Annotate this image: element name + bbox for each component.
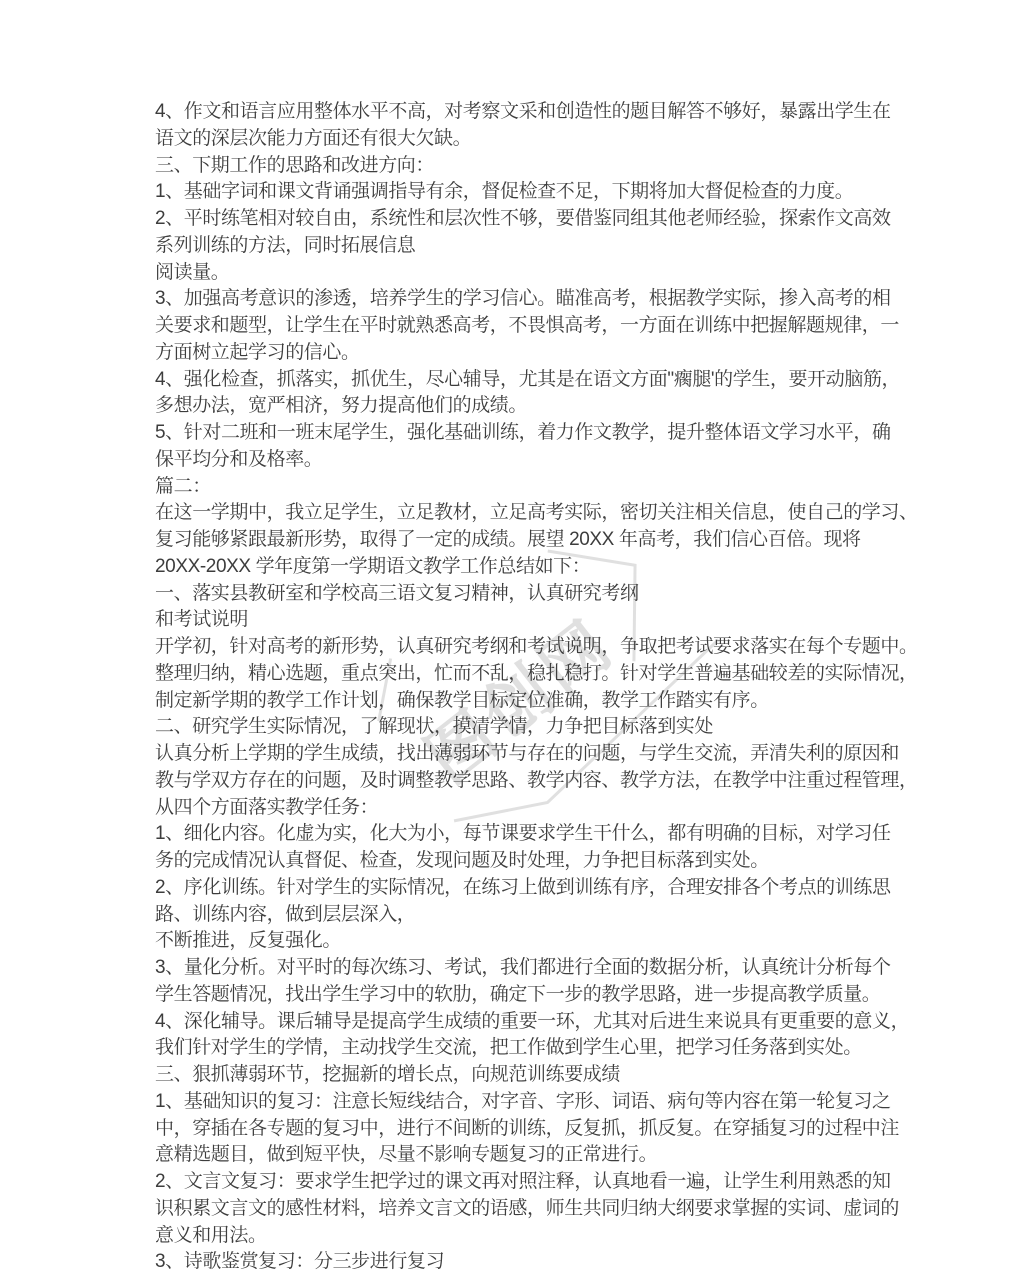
doc-line: 篇二： — [155, 474, 907, 501]
doc-line: 从四个方面落实教学任务： — [155, 795, 907, 822]
doc-line: 2、文言文复习：要求学生把学过的课文再对照注释，认真地看一遍，让学生利用熟悉的知 — [155, 1169, 907, 1196]
doc-line: 多想办法，宽严相济，努力提高他们的成绩。 — [155, 393, 907, 420]
document-text-block: 4、作文和语言应用整体水平不高，对考察文采和创造性的题目解答不够好，暴露出学生在… — [155, 99, 907, 1276]
doc-line: 路、训练内容，做到层层深入， — [155, 902, 907, 929]
doc-line: 教与学双方存在的问题，及时调整教学思路、教学内容、教学方法，在教学中注重过程管理… — [155, 768, 907, 795]
doc-line: 系列训练的方法，同时拓展信息 — [155, 233, 907, 260]
doc-line: 认真分析上学期的学生成绩，找出薄弱环节与存在的问题，与学生交流，弄清失利的原因和 — [155, 741, 907, 768]
doc-line: 4、深化辅导。课后辅导是提高学生成绩的重要一环，尤其对后进生来说具有更重要的意义… — [155, 1009, 907, 1036]
doc-line: 和考试说明 — [155, 607, 907, 634]
doc-line: 4、强化检查，抓落实，抓优生，尽心辅导，尤其是在语文方面"瘸腿'的学生，要开动脑… — [155, 367, 907, 394]
doc-line: 我们针对学生的学情，主动找学生交流，把工作做到学生心里，把学习任务落到实处。 — [155, 1035, 907, 1062]
doc-line: 务的完成情况认真督促、检查，发现问题及时处理，力争把目标落到实处。 — [155, 848, 907, 875]
doc-line: 开学初，针对高考的新形势，认真研究考纲和考试说明，争取把考试要求落实在每个专题中… — [155, 634, 907, 661]
doc-line: 3、诗歌鉴赏复习：分三步进行复习 — [155, 1249, 907, 1276]
doc-line: 语文的深层次能力方面还有很大欠缺。 — [155, 126, 907, 153]
doc-line: 2、序化训练。针对学生的实际情况，在练习上做到训练有序，合理安排各个考点的训练思 — [155, 875, 907, 902]
doc-line: 在这一学期中，我立足学生，立足教材，立足高考实际，密切关注相关信息，使自己的学习… — [155, 500, 907, 527]
doc-line: 1、基础字词和课文背诵强调指导有余，督促检查不足，下期将加大督促检查的力度。 — [155, 179, 907, 206]
doc-line: 二、研究学生实际情况，了解现状，摸清学情，力争把目标落到实处 — [155, 714, 907, 741]
doc-line: 识积累文言文的感性材料，培养文言文的语感，师生共同归纳大纲要求掌握的实词、虚词的 — [155, 1196, 907, 1223]
doc-line: 1、细化内容。化虚为实，化大为小，每节课要求学生干什么，都有明确的目标，对学习任 — [155, 821, 907, 848]
doc-line: 方面树立起学习的信心。 — [155, 340, 907, 367]
document-page: 图创网 4、作文和语言应用整体水平不高，对考察文采和创造性的题目解答不够好，暴露… — [0, 0, 1024, 1277]
doc-line: 意义和用法。 — [155, 1223, 907, 1250]
doc-line: 不断推进，反复强化。 — [155, 928, 907, 955]
doc-line: 3、量化分析。对平时的每次练习、考试，我们都进行全面的数据分析，认真统计分析每个 — [155, 955, 907, 982]
doc-line: 20XX-20XX 学年度第一学期语文教学工作总结如下： — [155, 554, 907, 581]
doc-line: 2、平时练笔相对较自由，系统性和层次性不够，要借鉴同组其他老师经验，探索作文高效 — [155, 206, 907, 233]
doc-line: 三、下期工作的思路和改进方向： — [155, 153, 907, 180]
doc-line: 复习能够紧跟最新形势，取得了一定的成绩。展望 20XX 年高考，我们信心百倍。现… — [155, 527, 907, 554]
doc-line: 保平均分和及格率。 — [155, 447, 907, 474]
doc-line: 中，穿插在各专题的复习中，进行不间断的训练，反复抓，抓反复。在穿插复习的过程中注 — [155, 1116, 907, 1143]
doc-line: 制定新学期的教学工作计划，确保教学目标定位准确，教学工作踏实有序。 — [155, 688, 907, 715]
doc-line: 1、基础知识的复习：注意长短线结合，对字音、字形、词语、病句等内容在第一轮复习之 — [155, 1089, 907, 1116]
doc-line: 关要求和题型，让学生在平时就熟悉高考，不畏惧高考，一方面在训练中把握解题规律，一 — [155, 313, 907, 340]
doc-line: 一、落实县教研室和学校高三语文复习精神，认真研究考纲 — [155, 581, 907, 608]
doc-line: 3、加强高考意识的渗透，培养学生的学习信心。瞄准高考，根据教学实际，掺入高考的相 — [155, 286, 907, 313]
doc-line: 学生答题情况，找出学生学习中的软肋，确定下一步的教学思路，进一步提高教学质量。 — [155, 982, 907, 1009]
doc-line: 阅读量。 — [155, 260, 907, 287]
doc-line: 整理归纳，精心选题，重点突出，忙而不乱，稳扎稳打。针对学生普遍基础较差的实际情况… — [155, 661, 907, 688]
doc-line: 意精选题目，做到短平快，尽量不影响专题复习的正常进行。 — [155, 1142, 907, 1169]
doc-line: 5、针对二班和一班末尾学生，强化基础训练，着力作文教学，提升整体语文学习水平，确 — [155, 420, 907, 447]
doc-line: 三、狠抓薄弱环节，挖掘新的增长点，向规范训练要成绩 — [155, 1062, 907, 1089]
doc-line: 4、作文和语言应用整体水平不高，对考察文采和创造性的题目解答不够好，暴露出学生在 — [155, 99, 907, 126]
